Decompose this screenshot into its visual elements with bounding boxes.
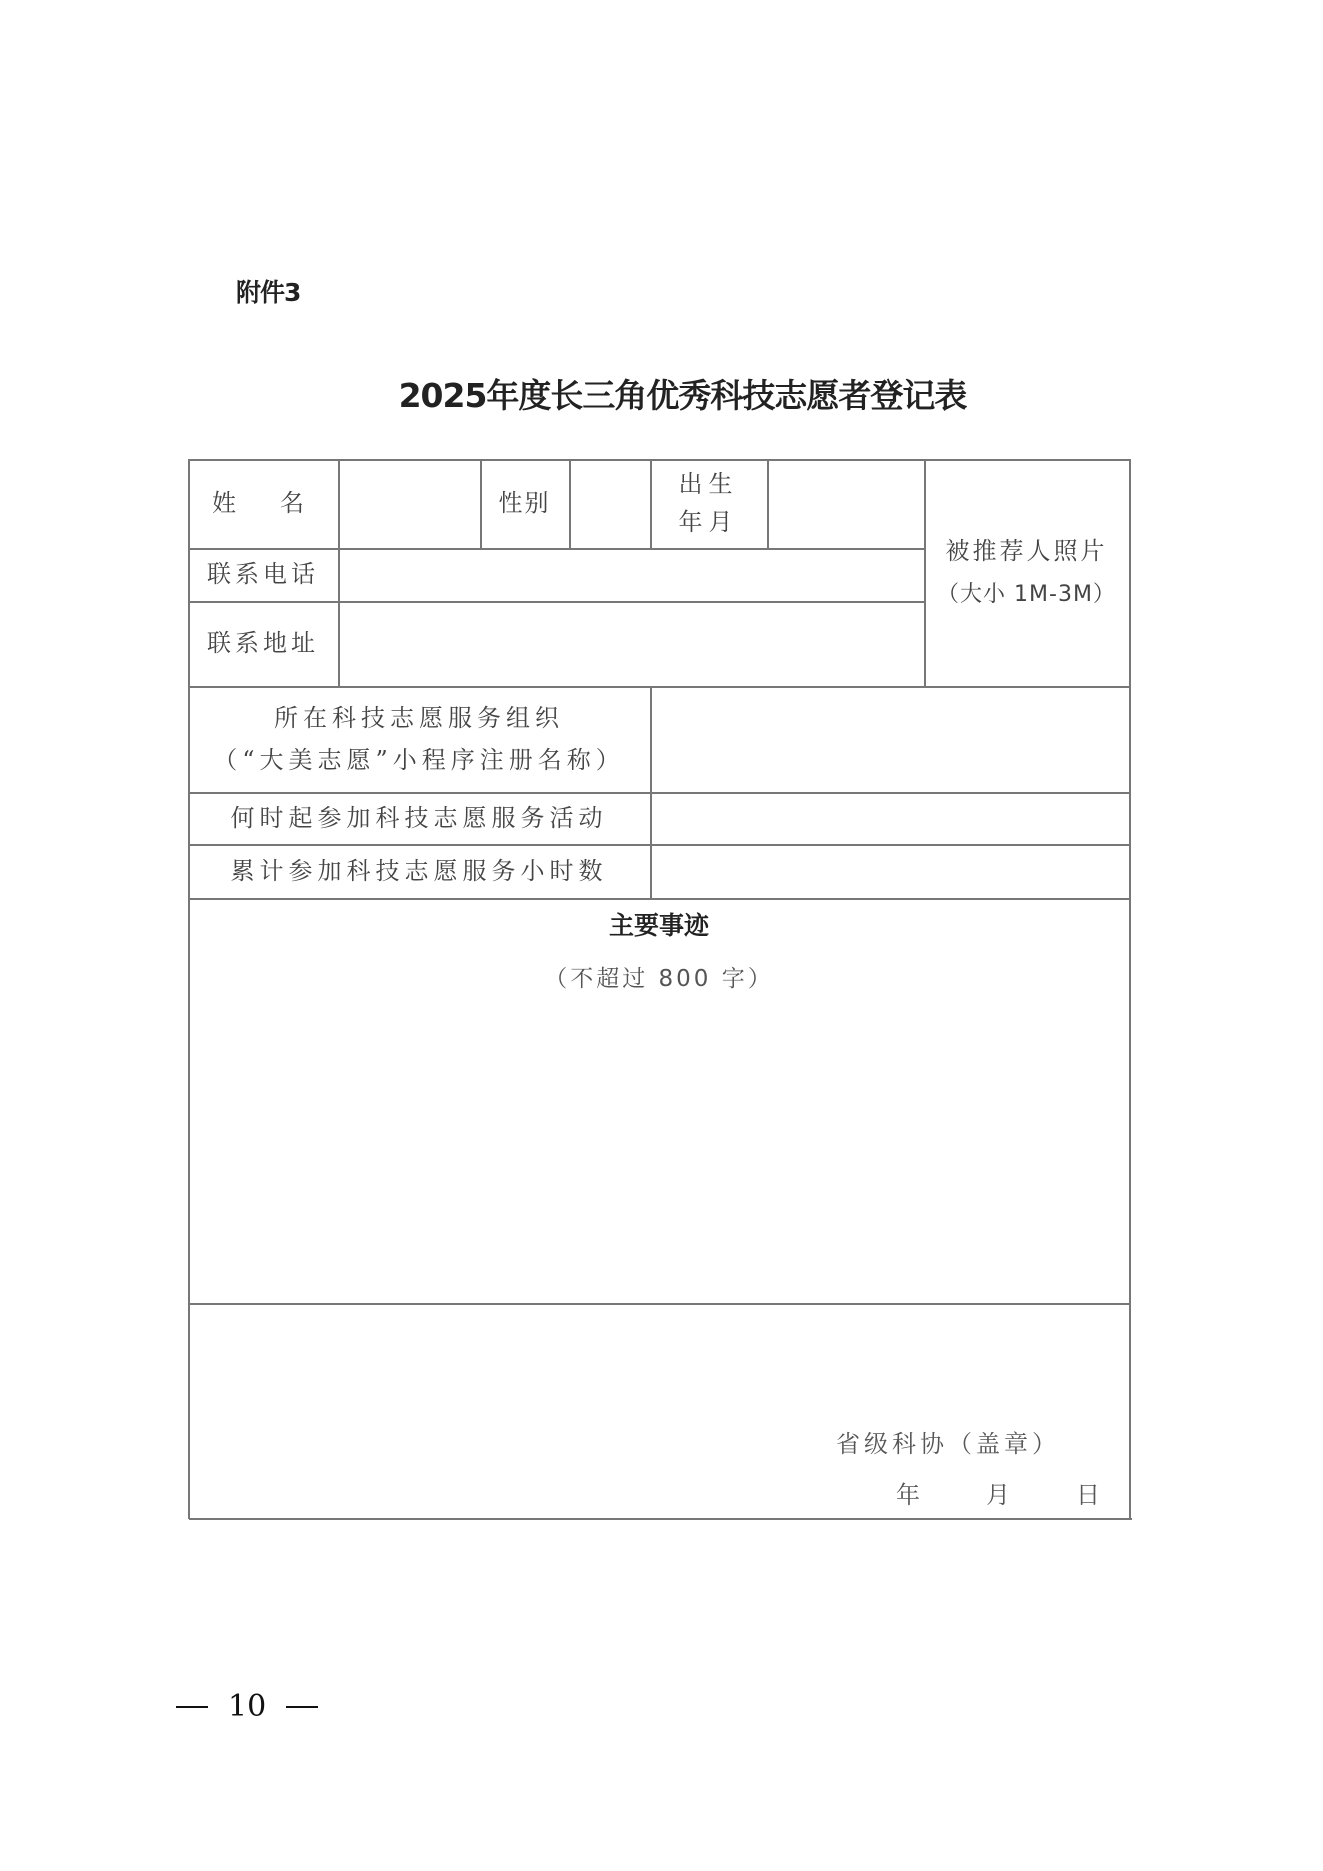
main-deeds-subtitle: （不超过 800 字）	[188, 960, 1130, 998]
name-field[interactable]	[340, 461, 480, 548]
birth-label-line2: 年月	[679, 504, 739, 541]
name-label: 姓 名	[188, 459, 338, 548]
date-label: 年 月 日	[896, 1475, 1106, 1510]
main-deeds-title: 主要事迹	[188, 906, 1130, 946]
start-time-field[interactable]	[652, 794, 1129, 844]
page-number-value: 10	[228, 1689, 266, 1724]
organization-label-line2: （“大美志愿”小程序注册名称）	[213, 739, 625, 781]
birth-label-line1: 出生	[679, 466, 739, 503]
attachment-label: 附件3	[236, 273, 300, 309]
address-label: 联系地址	[188, 601, 338, 686]
page-number: 10	[176, 1689, 318, 1724]
organization-label-line1: 所在科技志愿服务组织	[274, 697, 564, 739]
stamp-label: 省级科协（盖章）	[836, 1424, 1060, 1459]
page-title: 2025年度长三角优秀科技志愿者登记表	[0, 370, 1323, 417]
gender-label: 性别	[480, 459, 569, 548]
gender-field[interactable]	[571, 461, 650, 548]
dash-left	[176, 1706, 208, 1708]
organization-label: 所在科技志愿服务组织 （“大美志愿”小程序注册名称）	[188, 686, 650, 792]
photo-upload-area[interactable]: 被推荐人照片 （大小 1M-3M）	[924, 459, 1129, 686]
organization-field[interactable]	[652, 688, 1129, 792]
address-field[interactable]	[340, 603, 924, 686]
birth-label: 出生 年月	[650, 459, 767, 548]
start-time-label: 何时起参加科技志愿服务活动	[188, 792, 650, 844]
birth-date-field[interactable]	[769, 461, 924, 548]
photo-label: 被推荐人照片	[946, 529, 1108, 575]
photo-size-hint: （大小 1M-3M）	[937, 574, 1116, 616]
dash-right	[286, 1706, 318, 1708]
table-border-bottom	[189, 1518, 1132, 1520]
total-hours-field[interactable]	[652, 846, 1129, 898]
total-hours-label: 累计参加科技志愿服务小时数	[188, 844, 650, 898]
phone-label: 联系电话	[188, 548, 338, 601]
phone-field[interactable]	[340, 550, 924, 601]
